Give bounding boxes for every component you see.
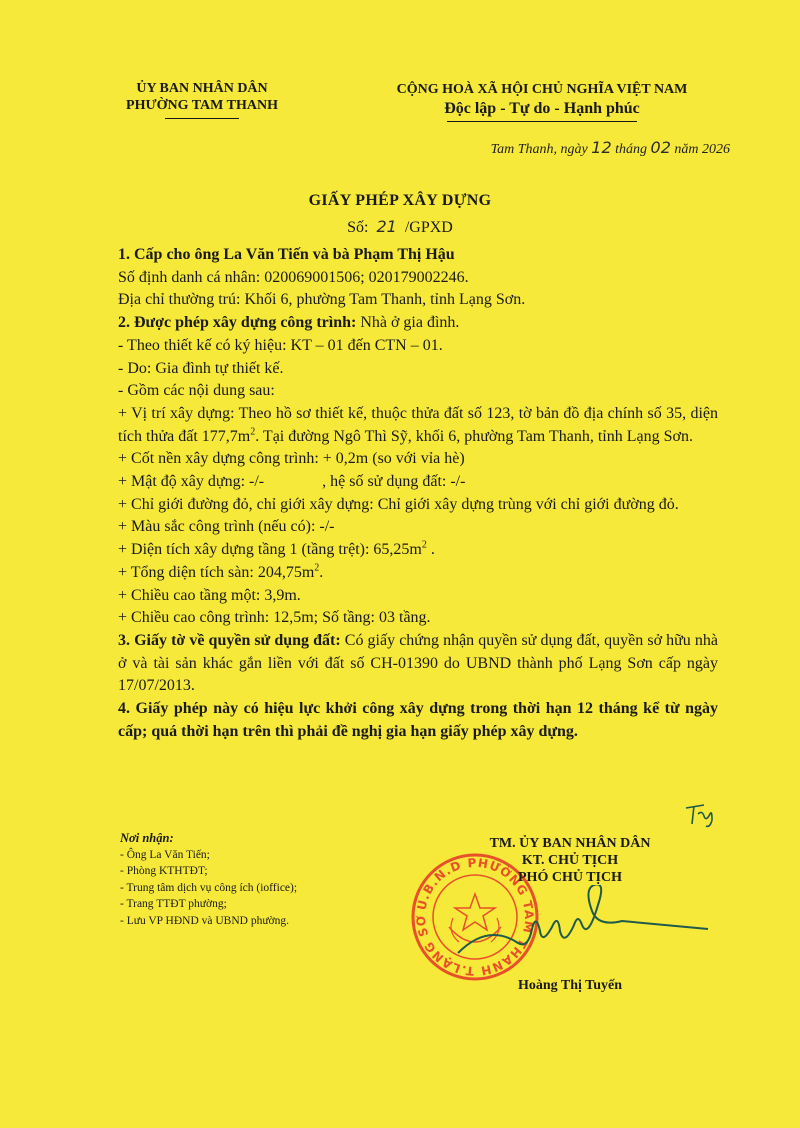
- recipient-item: - Trang TTĐT phường;: [120, 896, 400, 913]
- signer-name: Hoàng Thị Tuyến: [440, 978, 700, 994]
- number-suffix: /GPXD: [405, 219, 453, 236]
- section1-heading: 1. Cấp cho ông La Văn Tiến và bà Phạm Th…: [118, 246, 455, 263]
- document-title: GIẤY PHÉP XÂY DỰNG: [0, 192, 800, 210]
- recipient-item: - Trung tâm dịch vụ công ích (ioffice);: [120, 880, 400, 897]
- density: + Mật độ xây dựng: -/-: [118, 473, 264, 490]
- id-line: Số định danh cá nhân: 020069001506; 0201…: [118, 267, 718, 290]
- density-line: + Mật độ xây dựng: -/-, hệ số sử dụng đấ…: [118, 471, 718, 494]
- number-prefix: Số:: [347, 219, 368, 236]
- floor-area: + Tổng diện tích sàn: 204,75m2.: [118, 562, 718, 585]
- issue-date: Tam Thanh, ngày 12 tháng 02 năm 2026: [415, 138, 730, 158]
- recipient-item: - Ông La Văn Tiến;: [120, 847, 400, 864]
- land-use-coef: , hệ số sử dụng đất: -/-: [322, 473, 465, 490]
- ground-area: + Diện tích xây dựng tầng 1 (tầng trệt):…: [118, 539, 718, 562]
- address-line: Địa chỉ thường trú: Khối 6, phường Tam T…: [118, 289, 718, 312]
- section3-heading: 3. Giấy tờ về quyền sử dụng đất:: [118, 632, 341, 649]
- nation-motto: Độc lập - Tự do - Hạnh phúc: [352, 99, 732, 118]
- initial-mark: [682, 800, 722, 830]
- boundary: + Chỉ giới đường đỏ, chỉ giới xây dựng: …: [118, 494, 718, 517]
- section4-text: 4. Giấy phép này có hiệu lực khởi công x…: [118, 700, 718, 740]
- recipients-list: Nơi nhận: - Ông La Văn Tiến; - Phòng KTH…: [120, 830, 400, 929]
- permit-document: ỦY BAN NHÂN DÂN PHƯỜNG TAM THANH CỘNG HO…: [0, 0, 800, 1128]
- issuer-line2: PHƯỜNG TAM THANH: [122, 97, 282, 114]
- issuer-underline: [165, 118, 239, 119]
- design-code: - Theo thiết kế có ký hiệu: KT – 01 đến …: [118, 335, 718, 358]
- permit-number: Số: 21/GPXD: [0, 217, 800, 237]
- motto-underline: [447, 121, 637, 122]
- section3: 3. Giấy tờ về quyền sử dụng đất: Có giấy…: [118, 630, 718, 698]
- foundation: + Cốt nền xây dựng công trình: + 0,2m (s…: [118, 448, 718, 471]
- signature-line2: KT. CHỦ TỊCH: [440, 852, 700, 869]
- recipient-item: - Phòng KTHTĐT;: [120, 863, 400, 880]
- ground-area-text: + Diện tích xây dựng tầng 1 (tầng trệt):…: [118, 541, 422, 558]
- date-day: 12: [591, 138, 611, 157]
- signature-line3: PHÓ CHỦ TỊCH: [440, 869, 700, 886]
- location-tail: . Tại đường Ngô Thì Sỹ, khối 6, phường T…: [255, 428, 693, 445]
- first-floor-height: + Chiều cao tầng một: 3,9m.: [118, 585, 718, 608]
- date-year: năm 2026: [674, 142, 730, 157]
- national-header: CỘNG HOÀ XÃ HỘI CHỦ NGHĨA VIỆT NAM Độc l…: [352, 80, 732, 122]
- total-height: + Chiều cao công trình: 12,5m; Số tầng: …: [118, 607, 718, 630]
- color: + Màu sắc công trình (nếu có): -/-: [118, 516, 718, 539]
- section2-value: Nhà ở gia đình.: [360, 314, 459, 331]
- signature-line1: TM. ỦY BAN NHÂN DÂN: [440, 835, 700, 852]
- section4: 4. Giấy phép này có hiệu lực khởi công x…: [118, 698, 718, 743]
- date-month-label: tháng: [615, 142, 647, 157]
- floor-area-text: + Tổng diện tích sàn: 204,75m: [118, 564, 314, 581]
- location: + Vị trí xây dựng: Theo hồ sơ thiết kế, …: [118, 403, 718, 448]
- date-place: Tam Thanh, ngày: [491, 142, 588, 157]
- recipient-item: - Lưu VP HĐND và UBND phường.: [120, 913, 400, 930]
- recipients-label: Nơi nhận:: [120, 830, 400, 847]
- signature-block: TM. ỦY BAN NHÂN DÂN KT. CHỦ TỊCH PHÓ CHỦ…: [440, 835, 700, 886]
- contents-label: - Gồm các nội dung sau:: [118, 380, 718, 403]
- issuer-header: ỦY BAN NHÂN DÂN PHƯỜNG TAM THANH: [122, 80, 282, 119]
- number-value: 21: [376, 217, 396, 236]
- issuer-line1: ỦY BAN NHÂN DÂN: [122, 80, 282, 97]
- designer: - Do: Gia đình tự thiết kế.: [118, 358, 718, 381]
- permit-body: 1. Cấp cho ông La Văn Tiến và bà Phạm Th…: [118, 244, 718, 743]
- nation-name: CỘNG HOÀ XÃ HỘI CHỦ NGHĨA VIỆT NAM: [352, 80, 732, 99]
- handwritten-signature-icon: [450, 885, 710, 965]
- date-month: 02: [651, 138, 671, 157]
- section2-heading: 2. Được phép xây dựng công trình:: [118, 314, 356, 331]
